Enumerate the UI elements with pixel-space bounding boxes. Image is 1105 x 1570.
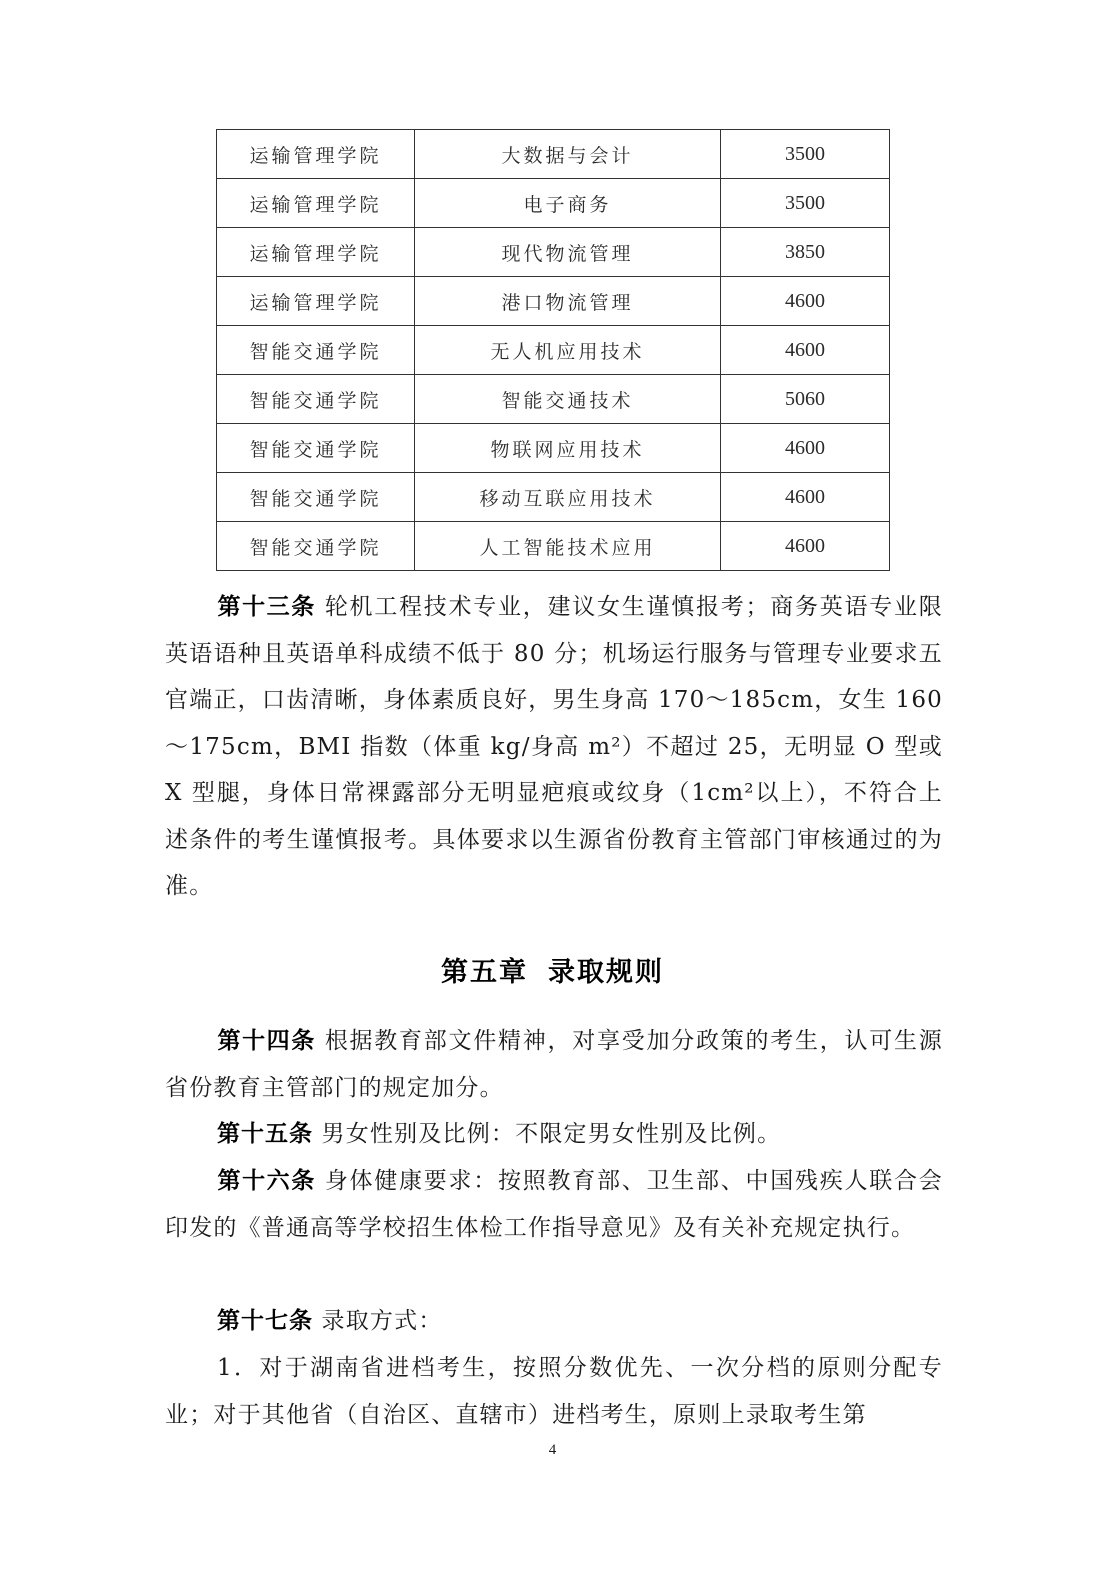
fee-cell: 3850 bbox=[721, 228, 890, 277]
fee-cell: 3500 bbox=[721, 179, 890, 228]
article-text: 男女性别及比例：不限定男女性别及比例。 bbox=[322, 1121, 782, 1147]
college-cell: 智能交通学院 bbox=[217, 326, 415, 375]
article-16: 第十六条 身体健康要求：按照教育部、卫生部、中国残疾人联合会印发的《普通高等学校… bbox=[165, 1158, 943, 1251]
college-cell: 智能交通学院 bbox=[217, 522, 415, 571]
major-cell: 移动互联应用技术 bbox=[415, 473, 721, 522]
fee-cell: 4600 bbox=[721, 522, 890, 571]
page-number: 4 bbox=[0, 1442, 1105, 1459]
major-cell: 电子商务 bbox=[415, 179, 721, 228]
article-label: 第十七条 bbox=[217, 1307, 313, 1334]
table-row: 运输管理学院 港口物流管理 4600 bbox=[217, 277, 890, 326]
fee-cell: 4600 bbox=[721, 326, 890, 375]
article-label: 第十五条 bbox=[217, 1120, 313, 1147]
major-cell: 人工智能技术应用 bbox=[415, 522, 721, 571]
chapter-heading: 第五章录取规则 bbox=[0, 950, 1105, 989]
article-13: 第十三条 轮机工程技术专业，建议女生谨慎报考；商务英语专业限英语语种且英语单科成… bbox=[165, 584, 943, 910]
fee-cell: 3500 bbox=[721, 130, 890, 179]
college-cell: 运输管理学院 bbox=[217, 277, 415, 326]
college-cell: 智能交通学院 bbox=[217, 424, 415, 473]
major-cell: 智能交通技术 bbox=[415, 375, 721, 424]
table-row: 智能交通学院 物联网应用技术 4600 bbox=[217, 424, 890, 473]
article-label: 第十六条 bbox=[217, 1167, 316, 1194]
chapter-number: 第五章 bbox=[441, 957, 528, 988]
table-row: 运输管理学院 大数据与会计 3500 bbox=[217, 130, 890, 179]
fee-cell: 4600 bbox=[721, 473, 890, 522]
table-row: 智能交通学院 无人机应用技术 4600 bbox=[217, 326, 890, 375]
chapter-title: 录取规则 bbox=[548, 957, 664, 988]
fee-cell: 4600 bbox=[721, 424, 890, 473]
college-cell: 运输管理学院 bbox=[217, 179, 415, 228]
table-row: 智能交通学院 移动互联应用技术 4600 bbox=[217, 473, 890, 522]
article-17: 第十七条 录取方式： bbox=[165, 1298, 943, 1345]
fee-cell: 4600 bbox=[721, 277, 890, 326]
major-cell: 物联网应用技术 bbox=[415, 424, 721, 473]
college-cell: 运输管理学院 bbox=[217, 130, 415, 179]
college-cell: 智能交通学院 bbox=[217, 375, 415, 424]
document-page: 运输管理学院 大数据与会计 3500 运输管理学院 电子商务 3500 运输管理… bbox=[0, 0, 1105, 1570]
major-cell: 无人机应用技术 bbox=[415, 326, 721, 375]
list-item: 1．对于湖南省进档考生，按照分数优先、一次分档的原则分配专业；对于其他省（自治区… bbox=[165, 1345, 943, 1438]
article-15: 第十五条 男女性别及比例：不限定男女性别及比例。 bbox=[165, 1111, 943, 1158]
fee-cell: 5060 bbox=[721, 375, 890, 424]
table-row: 智能交通学院 人工智能技术应用 4600 bbox=[217, 522, 890, 571]
article-14: 第十四条 根据教育部文件精神，对享受加分政策的考生，认可生源省份教育主管部门的规… bbox=[165, 1018, 943, 1111]
article-text: 轮机工程技术专业，建议女生谨慎报考；商务英语专业限英语语种且英语单科成绩不低于 … bbox=[165, 594, 943, 899]
article-label: 第十三条 bbox=[217, 593, 316, 620]
table-row: 智能交通学院 智能交通技术 5060 bbox=[217, 375, 890, 424]
fee-table: 运输管理学院 大数据与会计 3500 运输管理学院 电子商务 3500 运输管理… bbox=[216, 129, 890, 571]
article-label: 第十四条 bbox=[217, 1027, 316, 1054]
article-text: 录取方式： bbox=[322, 1308, 443, 1334]
list-item-text: 1．对于湖南省进档考生，按照分数优先、一次分档的原则分配专业；对于其他省（自治区… bbox=[165, 1355, 943, 1428]
table-row: 运输管理学院 现代物流管理 3850 bbox=[217, 228, 890, 277]
college-cell: 运输管理学院 bbox=[217, 228, 415, 277]
table-row: 运输管理学院 电子商务 3500 bbox=[217, 179, 890, 228]
college-cell: 智能交通学院 bbox=[217, 473, 415, 522]
major-cell: 现代物流管理 bbox=[415, 228, 721, 277]
major-cell: 大数据与会计 bbox=[415, 130, 721, 179]
major-cell: 港口物流管理 bbox=[415, 277, 721, 326]
